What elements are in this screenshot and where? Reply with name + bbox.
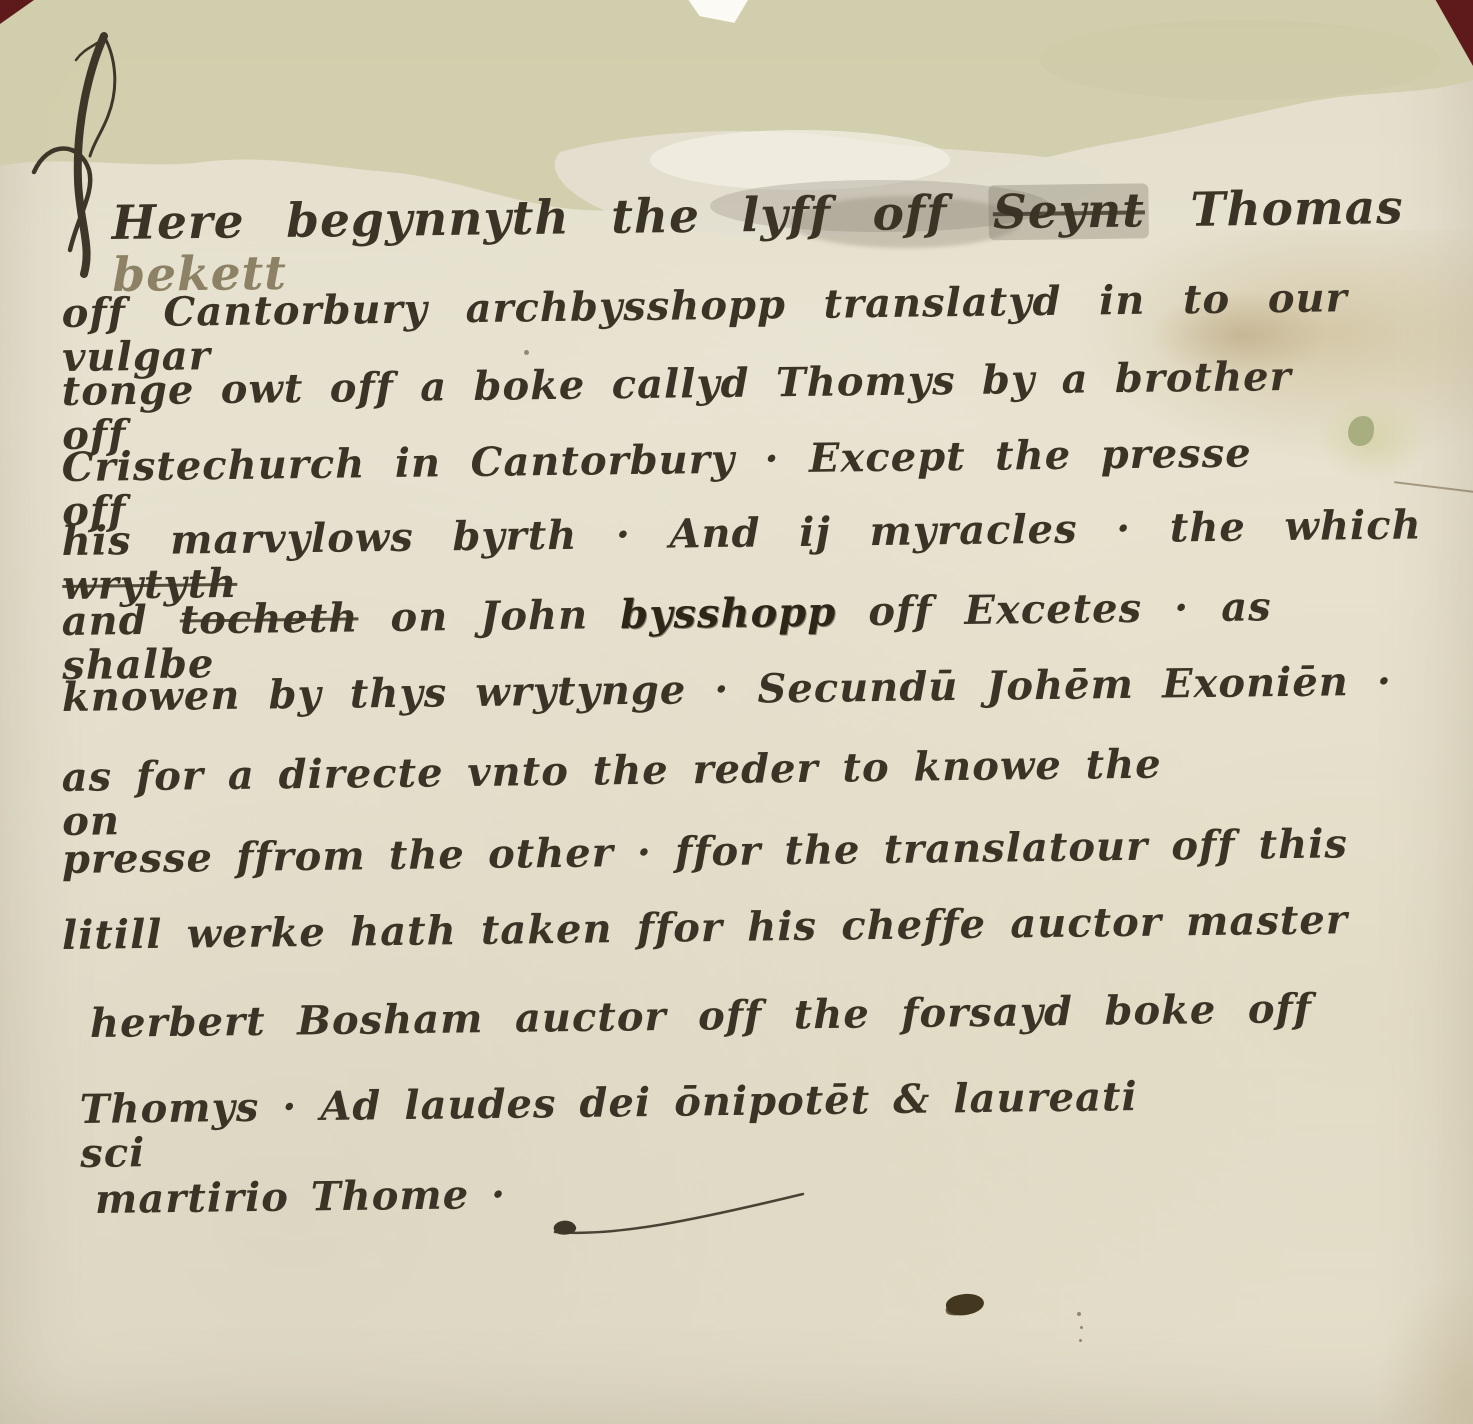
text-segment: Seynt (989, 183, 1150, 240)
text-segment: Thomys · Ad laudes dei ōnipotēt & laurea… (79, 1073, 1137, 1177)
manuscript-line: herbert Bosham auctor off the forsayd bo… (90, 987, 1312, 1046)
text-segment: martirio Thome · (95, 1171, 507, 1223)
text-segment: bysshopp (620, 589, 837, 639)
manuscript-line: litill werke hath taken ffor his cheffe … (62, 898, 1348, 958)
text-segment: tocheth (180, 594, 359, 643)
manuscript-line: martirio Thome · (95, 1171, 695, 1222)
text-segment: on John (358, 591, 620, 641)
text-segment: and (61, 597, 180, 645)
manuscript-line: Thomys · Ad laudes dei ōnipotēt & laurea… (79, 1075, 1138, 1176)
manuscript-page: Here begynnyth the lyff off Seynt Thomas… (0, 0, 1473, 1424)
text-segment: herbert Bosham auctor off the forsayd bo… (90, 985, 1312, 1047)
manuscript-text: Here begynnyth the lyff off Seynt Thomas… (0, 0, 1473, 1424)
text-segment: Here begynnyth the lyff off (111, 185, 989, 251)
text-segment: Thomas (1149, 180, 1404, 238)
text-segment: litill werke hath taken ffor his cheffe … (62, 896, 1348, 959)
